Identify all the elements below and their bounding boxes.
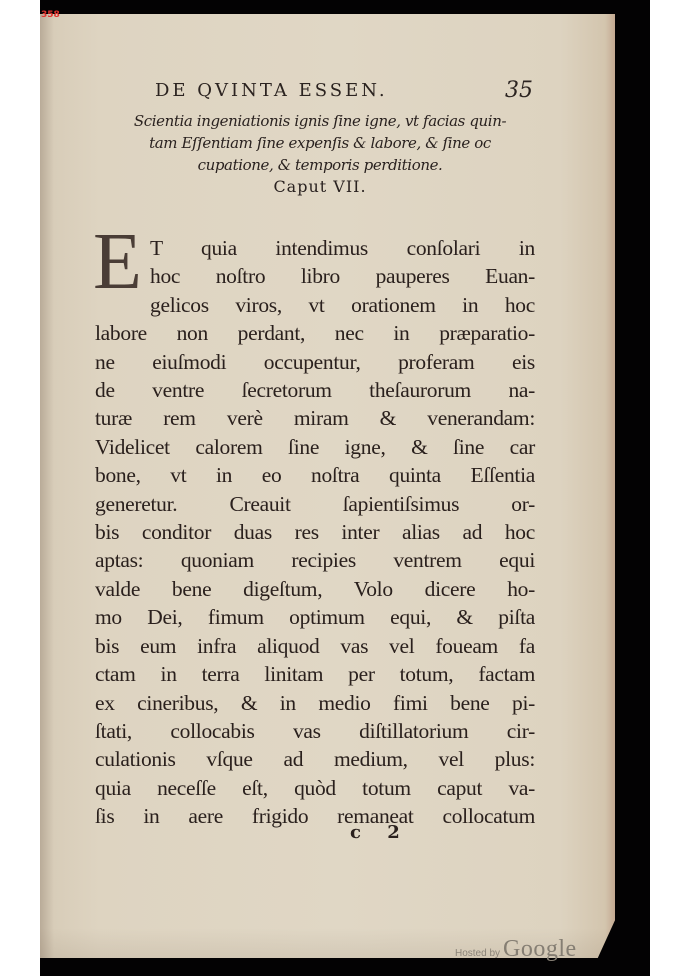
ink-specks: :.	[97, 812, 104, 823]
chapter-heading: Scientia ingeniationis ignis ſine igne, …	[95, 110, 545, 198]
hosted-by-label: Hosted by	[455, 948, 500, 959]
running-head: DE QVINTA ESSEN. 35	[155, 80, 545, 101]
running-title: DE QVINTA ESSEN.	[155, 80, 388, 101]
text-line: generetur. Creauit ſapientiſsimus or-	[95, 490, 535, 518]
text-line: ſis in aere frigido remaneat collocatum	[95, 802, 535, 830]
chapter-title-line: tam Eſſentiam ſine expenſis & labore, & …	[95, 132, 545, 154]
text-line: culationis vſque ad medium, vel plus:	[95, 745, 535, 773]
chapter-title-line: cupatione, & temporis perditione.	[95, 154, 545, 176]
chapter-title-line: Scientia ingeniationis ignis ſine igne, …	[95, 110, 545, 132]
text-line: mo Dei, fimum optimum equi, & piſta	[95, 603, 535, 631]
text-line: ex cineribus, & in medio fimi bene pi-	[95, 689, 535, 717]
signature-mark: c 2	[350, 822, 410, 843]
text-line: ſtati, collocabis vas diſtillatorium cir…	[95, 717, 535, 745]
google-watermark: Hosted by Google	[455, 936, 577, 963]
text-line: hoc noſtro libro pauperes Euan-	[95, 262, 535, 290]
text-line: valde bene digeſtum, Volo dicere ho-	[95, 575, 535, 603]
text-line: gelicos viros, vt orationem in hoc	[95, 291, 535, 319]
scan-page-marker: 358	[41, 10, 60, 20]
text-line: quia neceſſe eſt, quòd totum caput va-	[95, 774, 535, 802]
text-line: bone, vt in eo noſtra quinta Eſſentia	[95, 461, 535, 489]
google-logo: Google	[503, 936, 577, 963]
text-line: aptas: quoniam recipies ventrem equi	[95, 546, 535, 574]
text-line: T quia intendimus conſolari in	[95, 234, 535, 262]
text-line: bis conditor duas res inter alias ad hoc	[95, 518, 535, 546]
chapter-number: Caput VII.	[95, 176, 545, 198]
text-line: bis eum infra aliquod vas vel foueam fa	[95, 632, 535, 660]
text-line: de ventre ſecretorum theſaurorum na-	[95, 376, 535, 404]
body-text: T quia intendimus conſolari in hoc noſtr…	[95, 234, 535, 831]
text-line: labore non perdant, nec in præparatio-	[95, 319, 535, 347]
page-number: 35	[505, 78, 533, 103]
text-line: turæ rem verè miram & venerandam:	[95, 404, 535, 432]
text-line: ctam in terra linitam per totum, factam	[95, 660, 535, 688]
text-line: ne eiuſmodi occupentur, proferam eis	[95, 348, 535, 376]
text-line: Videlicet calorem ſine igne, & ſine car	[95, 433, 535, 461]
